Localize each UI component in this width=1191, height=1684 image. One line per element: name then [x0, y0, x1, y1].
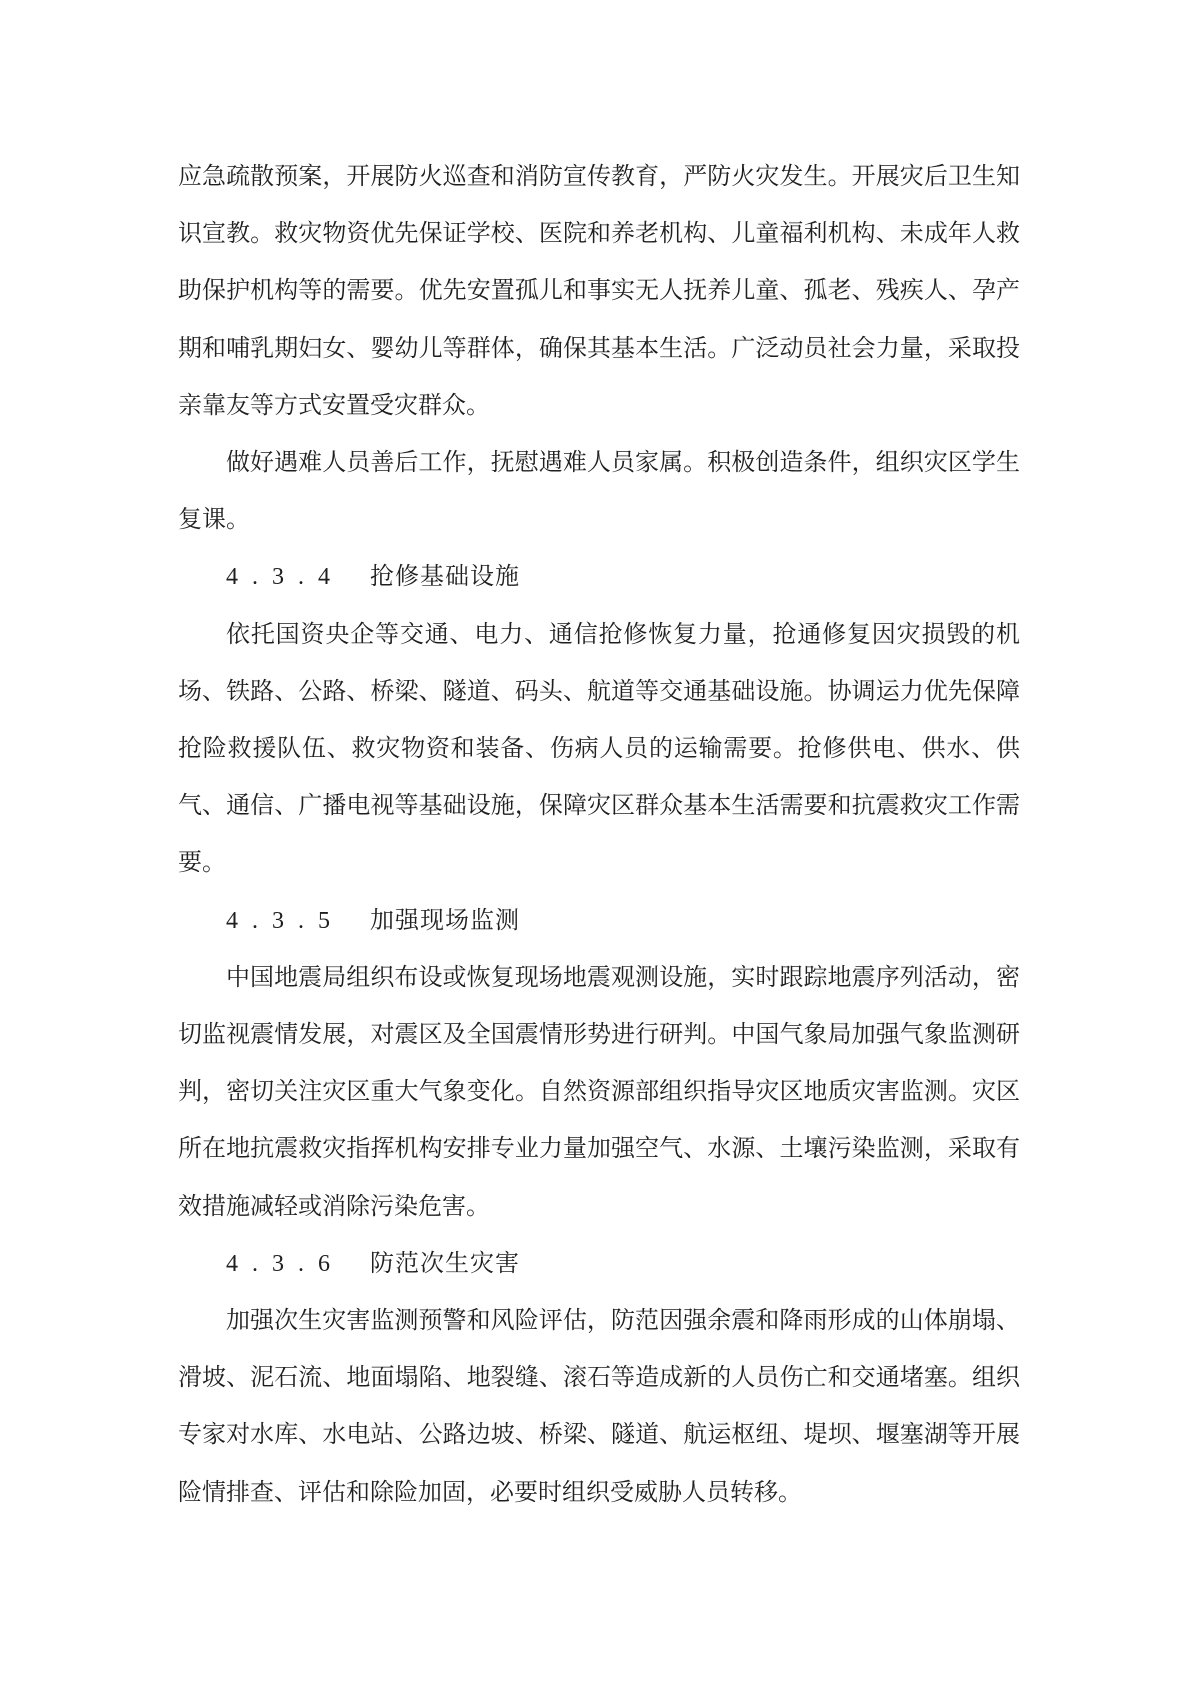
section-number: 4.3.5: [226, 908, 344, 934]
paragraph: 做好遇难人员善后工作，抚慰遇难人员家属。积极创造条件，组织灾区学生复课。: [178, 435, 1020, 549]
paragraph: 依托国资央企等交通、电力、通信抢修恢复力量，抢通修复因灾损毁的机场、铁路、公路、…: [178, 607, 1020, 893]
paragraph: 中国地震局组织布设或恢复现场地震观测设施，实时跟踪地震序列活动，密切监视震情发展…: [178, 950, 1020, 1236]
section-title: 加强现场监测: [370, 908, 520, 934]
section-title: 防范次生灾害: [370, 1251, 520, 1277]
section-number: 4.3.6: [226, 1251, 344, 1277]
section-title: 抢修基础设施: [370, 564, 520, 590]
document-page: 应急疏散预案，开展防火巡查和消防宣传教育，严防火灾发生。开展灾后卫生知识宣教。救…: [0, 0, 1191, 1684]
section-number: 4.3.4: [226, 564, 344, 590]
section-heading: 4.3.5加强现场监测: [178, 893, 1020, 950]
document-body: 应急疏散预案，开展防火巡查和消防宣传教育，严防火灾发生。开展灾后卫生知识宣教。救…: [0, 0, 1191, 1522]
paragraph: 应急疏散预案，开展防火巡查和消防宣传教育，严防火灾发生。开展灾后卫生知识宣教。救…: [178, 149, 1020, 435]
section-heading: 4.3.6防范次生灾害: [178, 1236, 1020, 1293]
paragraph: 加强次生灾害监测预警和风险评估，防范因强余震和降雨形成的山体崩塌、滑坡、泥石流、…: [178, 1293, 1020, 1522]
section-heading: 4.3.4抢修基础设施: [178, 549, 1020, 606]
